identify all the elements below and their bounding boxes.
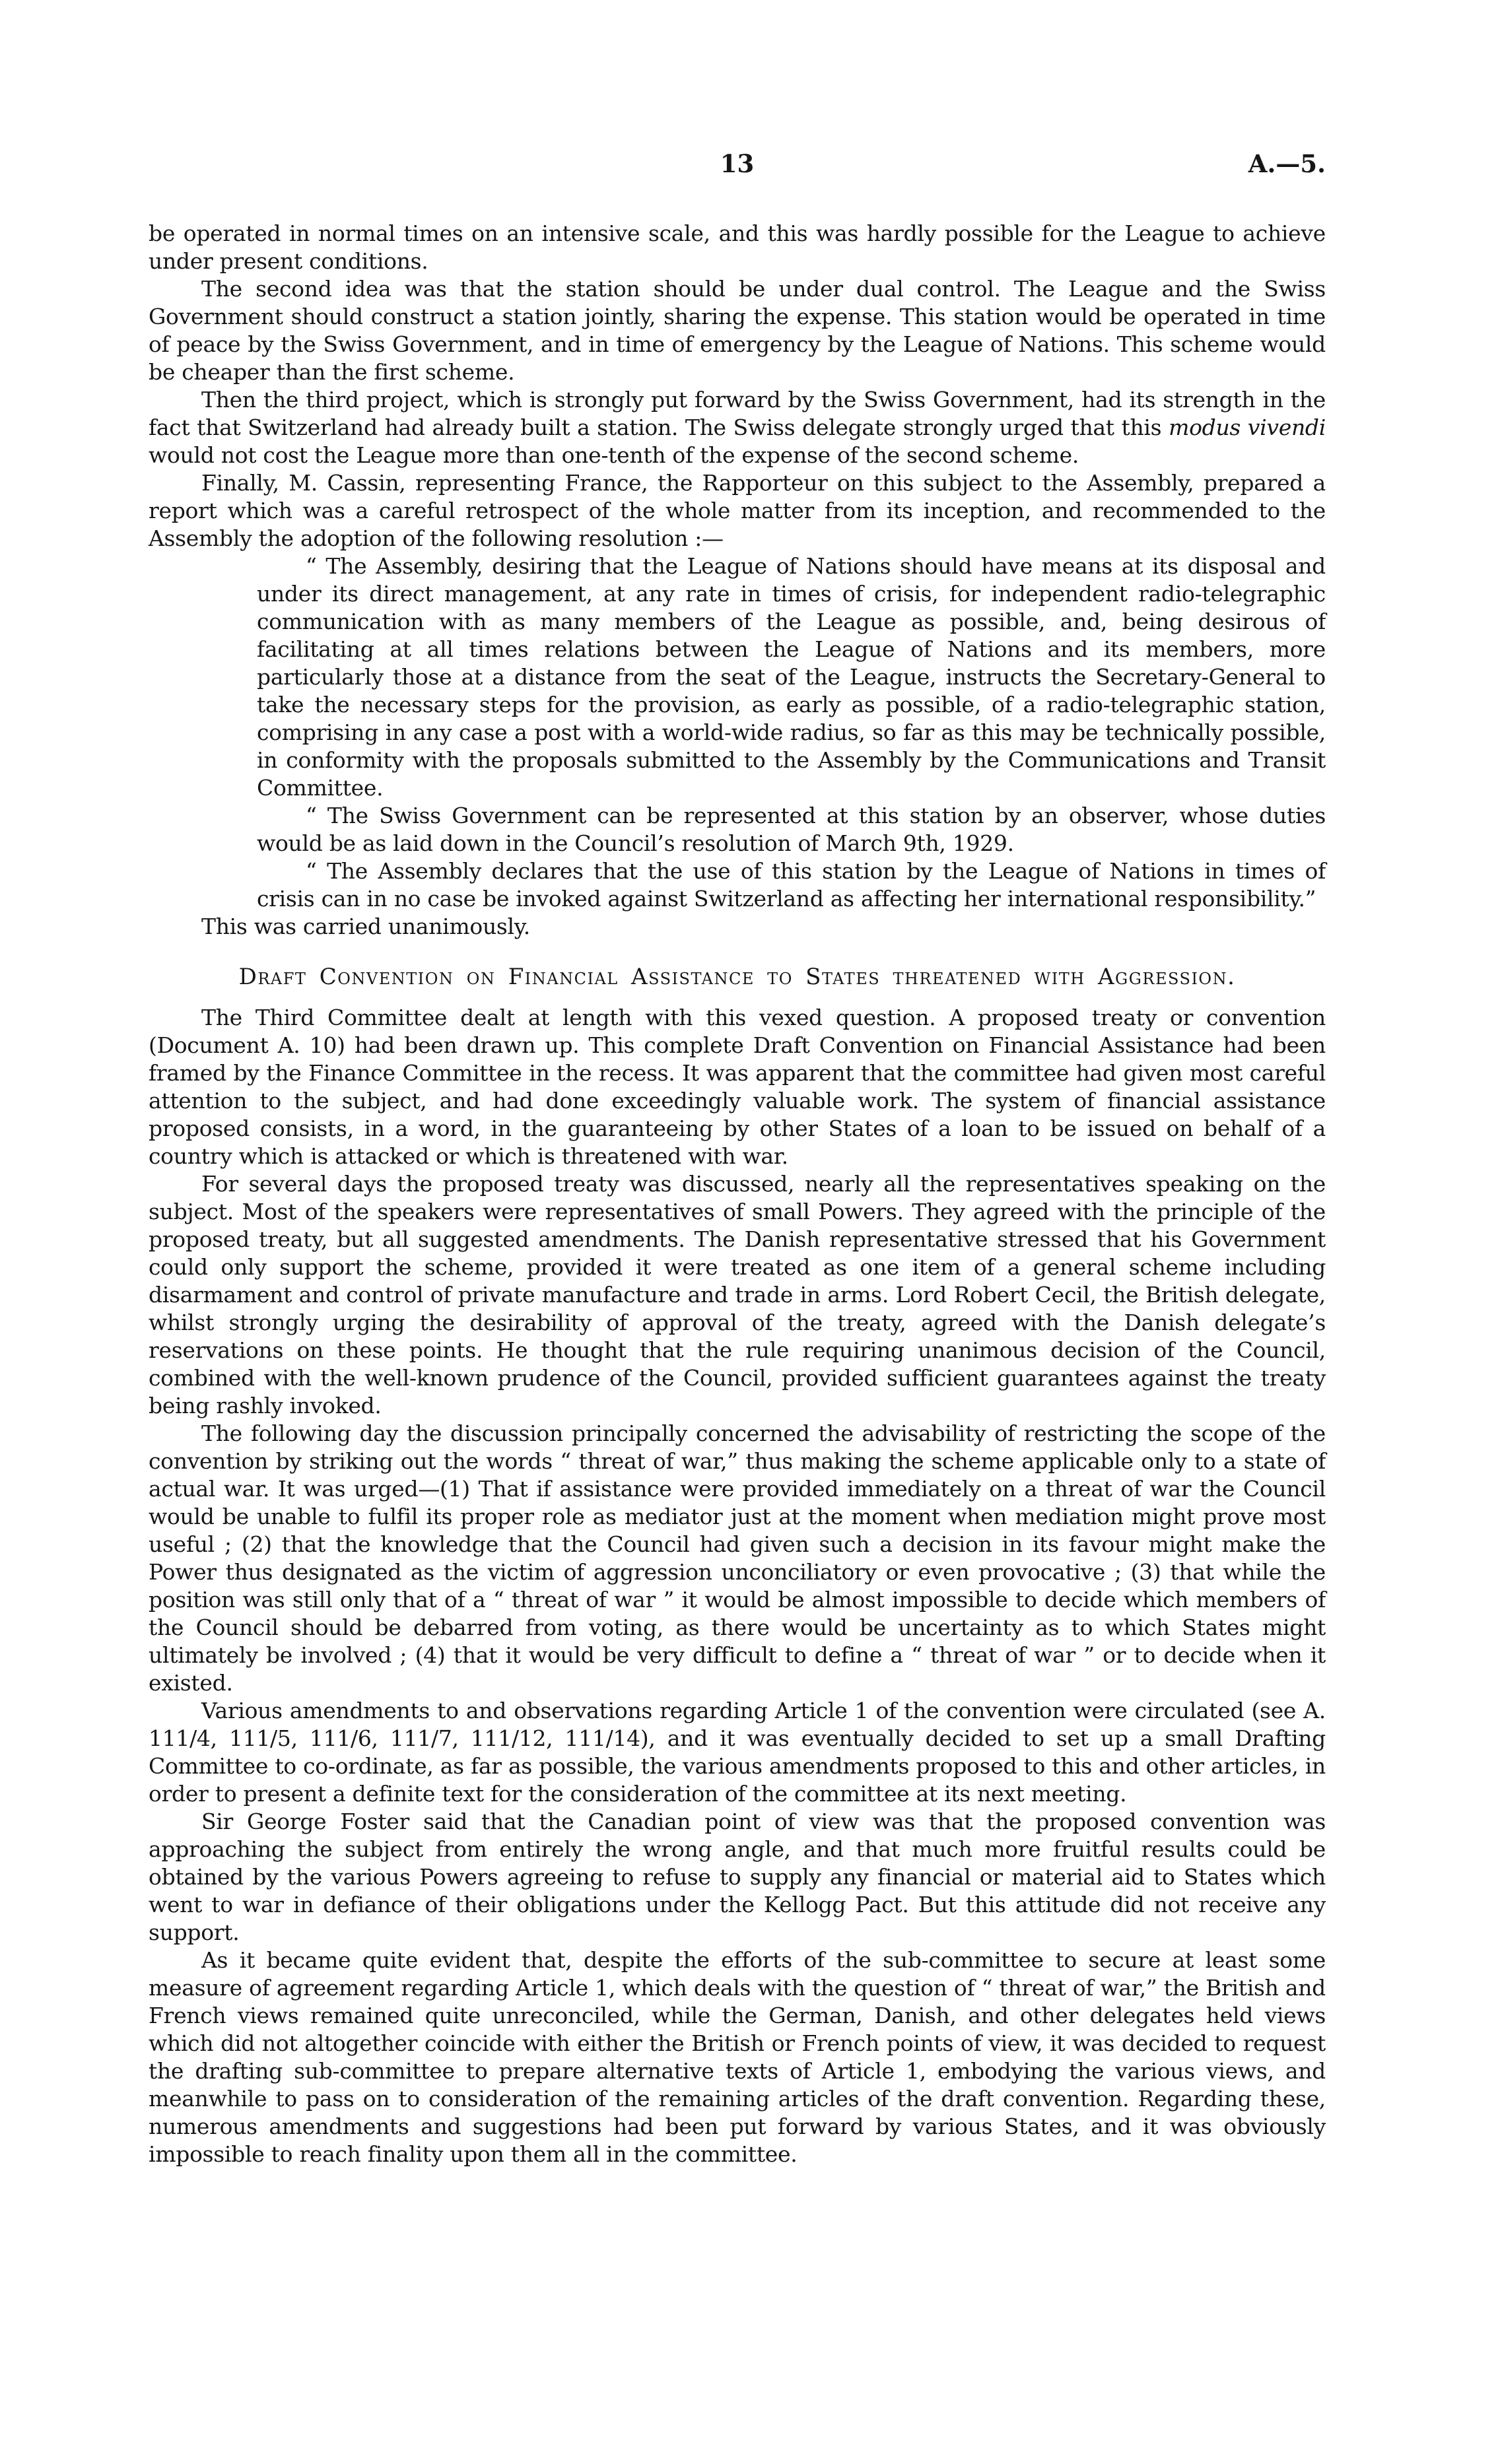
- resolution-quote-2: “ The Swiss Government can be represente…: [257, 802, 1326, 857]
- section-heading-draft-convention: Draft Convention on Financial Assistance…: [149, 963, 1326, 991]
- document-reference: A.—5.: [1248, 149, 1326, 179]
- paragraph-second-idea: The second idea was that the station sho…: [149, 275, 1326, 386]
- page-number: 13: [149, 149, 1326, 179]
- paragraph-third-committee: The Third Committee dealt at length with…: [149, 1004, 1326, 1170]
- paragraph-third-project-text: Then the third project, which is strongl…: [149, 387, 1326, 440]
- latin-phrase-modus-vivendi: modus vivendi: [1169, 415, 1326, 440]
- paragraph-as-it-became-evident: As it became quite evident that, despite…: [149, 1947, 1326, 2168]
- resolution-blockquote: “ The Assembly, desiring that the League…: [257, 552, 1326, 913]
- paragraph-several-days: For several days the proposed treaty was…: [149, 1170, 1326, 1420]
- document-body: be operated in normal times on an intens…: [149, 220, 1326, 2168]
- page-header: 13 A.—5.: [149, 149, 1326, 179]
- resolution-quote-1: “ The Assembly, desiring that the League…: [257, 552, 1326, 802]
- resolution-quote-3: “ The Assembly declares that the use of …: [257, 857, 1326, 913]
- paragraph-third-project-text-after: would not cost the League more than one-…: [149, 442, 1079, 468]
- paragraph-various-amendments: Various amendments to and observations r…: [149, 1697, 1326, 1808]
- paragraph-following-day: The following day the discussion princip…: [149, 1420, 1326, 1697]
- paragraph-finally-cassin: Finally, M. Cassin, representing France,…: [149, 469, 1326, 552]
- paragraph-continuation: be operated in normal times on an intens…: [149, 220, 1326, 275]
- paragraph-george-foster: Sir George Foster said that the Canadian…: [149, 1808, 1326, 1947]
- paragraph-carried-unanimously: This was carried unanimously.: [149, 913, 1326, 941]
- paragraph-third-project: Then the third project, which is strongl…: [149, 386, 1326, 469]
- scanned-document-page: 13 A.—5. be operated in normal times on …: [0, 0, 1498, 2464]
